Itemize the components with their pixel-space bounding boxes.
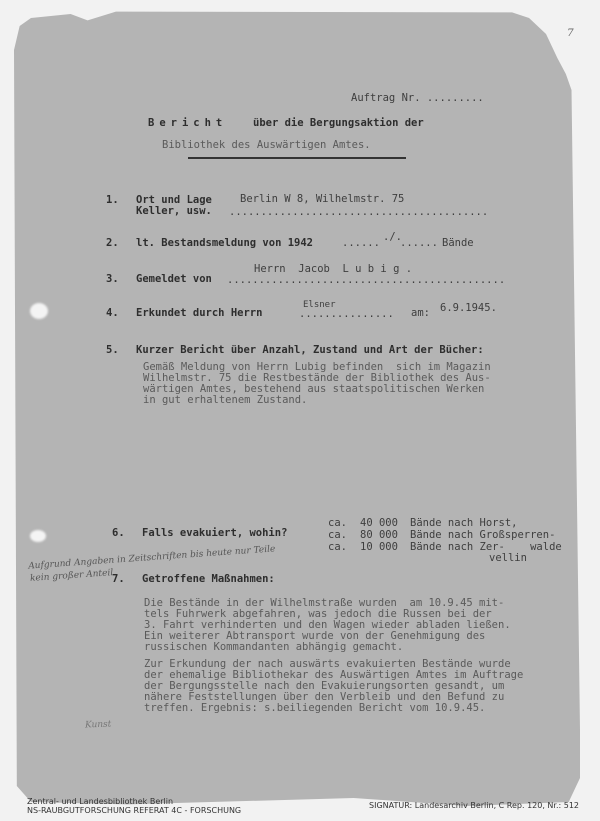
subtitle: Bibliothek des Auswärtigen Amtes. — [162, 140, 371, 151]
footer-left-line2: NS-RAUBGUTFORSCHUNG REFERAT 4C - FORSCHU… — [27, 806, 241, 815]
date-value: 6.9.1945. — [440, 303, 497, 314]
destination-prefix: ca. — [328, 518, 347, 529]
destination-count: 80 000 — [360, 530, 398, 541]
punch-hole — [30, 303, 48, 319]
destination-prefix: ca. — [328, 530, 347, 541]
item-dots: ........................................… — [229, 207, 488, 218]
item-label: Erkundet durch Herrn — [136, 308, 262, 319]
body-line: treffen. Ergebnis: s.beiliegenden Berich… — [144, 703, 485, 714]
handwritten-margin: Kunst — [85, 720, 112, 731]
item-label: Kurzer Bericht über Anzahl, Zustand und … — [136, 345, 484, 356]
item-number: 4. — [106, 308, 119, 319]
punch-hole — [30, 530, 46, 542]
item-label: Keller, usw. — [136, 206, 212, 217]
item-value: Elsner — [303, 300, 336, 311]
destination-count: 10 000 — [360, 542, 398, 553]
destination-text: Bände nach Horst, — [410, 518, 517, 529]
item-number: 5. — [106, 345, 119, 356]
destination-prefix: ca. — [328, 542, 347, 553]
destination-count: 40 000 — [360, 518, 398, 529]
item-dots: ...... — [400, 238, 438, 249]
auftrag-number: Auftrag Nr. ......... — [351, 93, 484, 104]
item-label: Gemeldet von — [136, 274, 212, 285]
item-number: 2. — [106, 238, 119, 249]
item-number: 3. — [106, 274, 119, 285]
item-value: Berlin W 8, Wilhelmstr. 75 — [240, 194, 404, 205]
page-mark: 7 — [567, 28, 574, 39]
title-spaced: Bericht — [148, 118, 227, 129]
footer-left-line1: Zentral- und Landesbibliothek Berlin — [27, 797, 173, 806]
item-dots: ........................................… — [227, 275, 505, 286]
title-rest: über die Bergungsaktion der — [253, 118, 424, 129]
item-number: 7. — [112, 574, 125, 585]
destination-text: Bände nach Zer- walde — [410, 542, 562, 553]
item-dots: ...... — [342, 238, 380, 249]
body-line: in gut erhaltenem Zustand. — [143, 395, 307, 406]
destination-continuation: vellin — [489, 553, 527, 564]
body-line: russischen Kommandanten abhängig gemacht… — [144, 642, 403, 653]
date-label: am: — [411, 308, 430, 319]
footer-signature: SIGNATUR: Landesarchiv Berlin, C Rep. 12… — [369, 801, 579, 810]
destination-text: Bände nach Großsperren- — [410, 530, 555, 541]
title-underline — [188, 157, 406, 159]
item-number: 1. — [106, 195, 119, 206]
item-suffix: Bände — [442, 238, 474, 249]
item-label: lt. Bestandsmeldung von 1942 — [136, 238, 313, 249]
item-label: Getroffene Maßnahmen: — [142, 574, 275, 585]
item-label: Falls evakuiert, wohin? — [142, 528, 287, 539]
item-value: Herrn Jacob L u b i g . — [254, 264, 412, 275]
item-number: 6. — [112, 528, 125, 539]
